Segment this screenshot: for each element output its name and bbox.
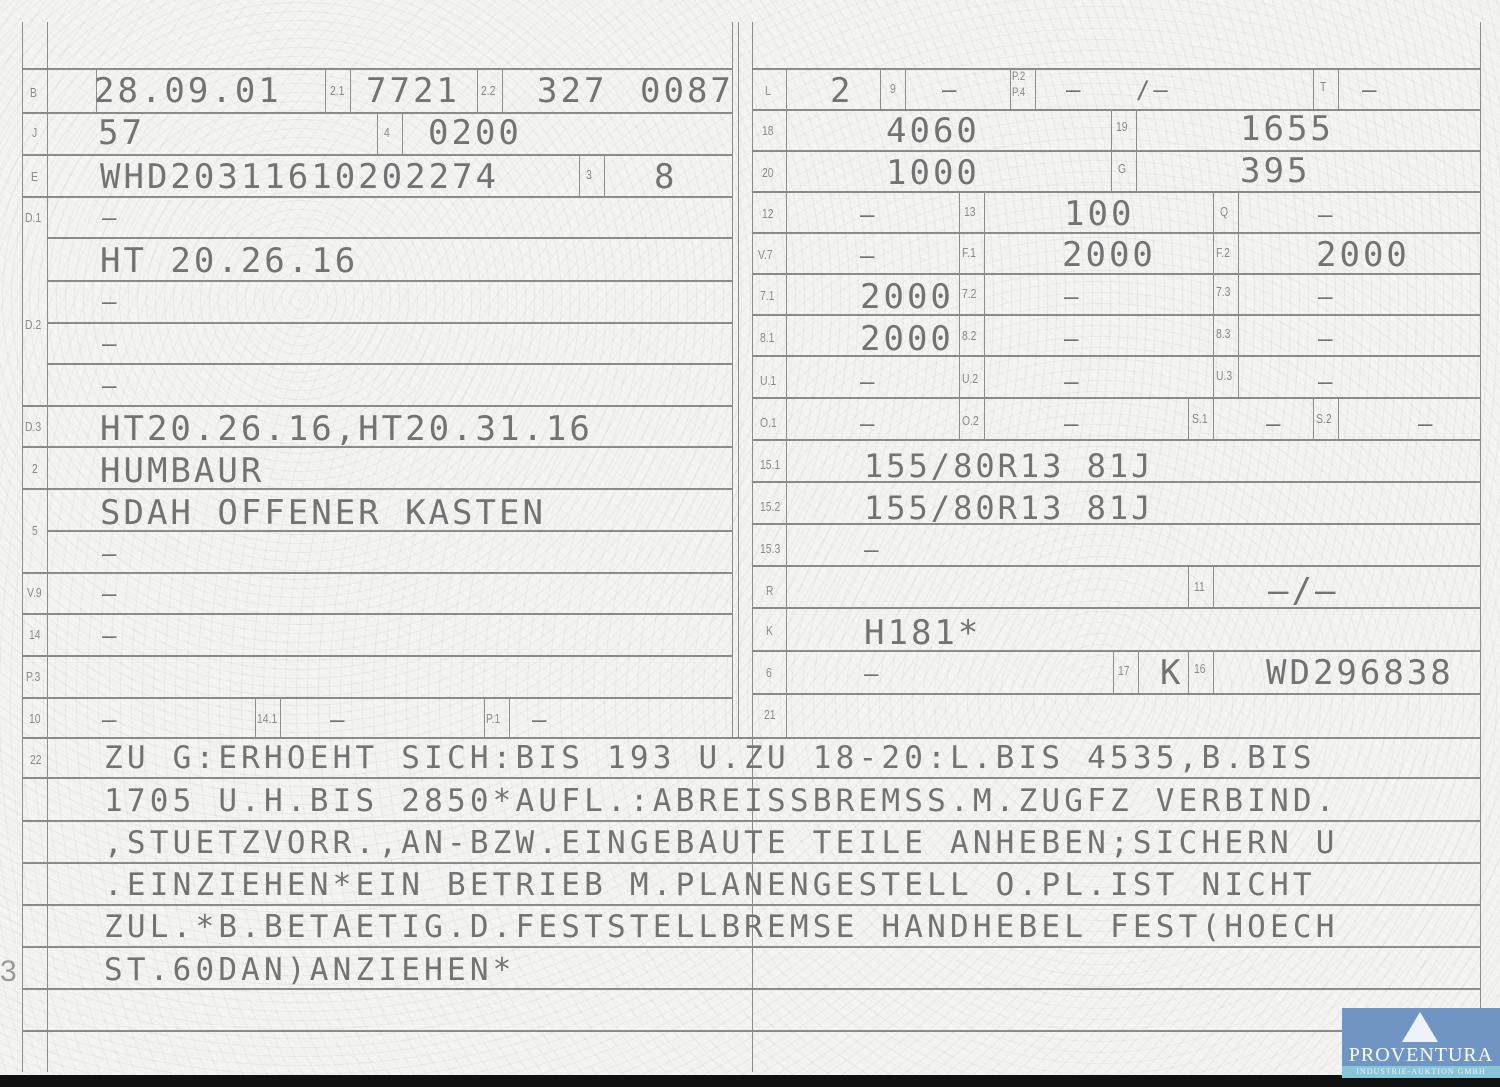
field-2-1-manufacturer-code: 7721: [366, 74, 460, 108]
field-V9-emission-class: –: [102, 582, 119, 606]
field-label-7-3: 7.3: [1216, 285, 1230, 298]
field-F1-max-mass: 2000: [1062, 238, 1156, 272]
field-7-2-axle-load: –: [1064, 285, 1081, 309]
field-U2-noise-rpm: –: [1064, 370, 1081, 394]
field-12-tank-volume: –: [860, 203, 877, 227]
field-label-U3: U.3: [1216, 369, 1232, 382]
field-15-3-tires-axle-3: –: [864, 538, 881, 562]
field-label-10: 10: [29, 712, 41, 725]
field-7-1-axle-load: 2000: [860, 280, 954, 314]
field-label-G: G: [1118, 162, 1126, 175]
field-label-P3: P.3: [26, 670, 40, 683]
field-label-15-2: 15.2: [760, 500, 780, 513]
field-label-2-1: 2.1: [330, 84, 344, 97]
field-D2-type-line-4: –: [102, 374, 119, 398]
field-T-max-speed: –: [1362, 78, 1379, 102]
field-label-22: 22: [30, 753, 42, 766]
field-label-17: 17: [1118, 664, 1130, 677]
field-E-vin: WHD20311610202274: [100, 160, 499, 194]
field-S1-seats: –: [1266, 412, 1283, 436]
field-label-F1: F.1: [962, 246, 976, 259]
field-S2-standing: –: [1418, 412, 1435, 436]
margin-page-mark: 3: [0, 955, 17, 989]
field-label-T: T: [1320, 80, 1326, 93]
center-divider-left: [732, 22, 733, 737]
field-label-19: 19: [1116, 120, 1128, 133]
field-label-S1: S.1: [1192, 412, 1208, 425]
field-17-approval-type: K: [1160, 656, 1183, 690]
field-label-18: 18: [762, 124, 774, 137]
field-V7-co2: –: [860, 244, 877, 268]
center-divider-mid: [738, 22, 739, 737]
field-P1-displacement: –: [532, 708, 549, 732]
field-label-8-2: 8.2: [962, 329, 976, 342]
label-column-border: [47, 22, 48, 1072]
field-label-P1: P.1: [486, 712, 500, 725]
field-3-check-digit: 8: [654, 160, 677, 194]
field-label-R: R: [766, 584, 774, 597]
field-label-D2: D.2: [25, 318, 41, 331]
field-label-P2: P.2: [1012, 70, 1025, 82]
field-label-15-3: 15.3: [760, 542, 780, 555]
field-label-O1: O.1: [760, 416, 777, 429]
field-label-7-2: 7.2: [962, 287, 976, 300]
field-2-2-variant-code: 0087: [640, 74, 734, 108]
brand-name: PROVENTURA: [1342, 1044, 1500, 1067]
field-B-first-registration-date: 28.09.01: [94, 74, 282, 108]
field-label-B: B: [30, 86, 37, 99]
field-6-approval-date: –: [864, 662, 881, 686]
field-10-emission-code: –: [102, 708, 119, 732]
field-label-12: 12: [762, 207, 774, 220]
field-2-manufacturer: HUMBAUR: [100, 454, 264, 488]
field-U3-drive-noise: –: [1318, 370, 1335, 394]
proventura-watermark-logo: PROVENTURA INDUSTRIE-AUKTION GMBH: [1342, 1008, 1500, 1078]
field-label-F2: F.2: [1216, 246, 1230, 259]
field-label-S2: S.2: [1316, 412, 1332, 425]
outer-border-left: [22, 22, 23, 1072]
field-label-14: 14: [29, 628, 41, 641]
field-label-3: 3: [586, 168, 592, 181]
field-D3-commercial-designation: HT20.26.16,HT20.31.16: [100, 412, 593, 446]
field-label-U1: U.1: [760, 374, 776, 387]
field-label-16: 16: [1194, 662, 1206, 675]
field-19-width: 1655: [1240, 112, 1334, 146]
field-18-length: 4060: [886, 114, 980, 148]
field-D2-type-line-1: HT 20.26.16: [100, 244, 358, 278]
field-label-D1: D.1: [25, 211, 41, 224]
field-label-7-1: 7.1: [760, 289, 774, 302]
remarks-line-6: ST.60DAN)ANZIEHEN*: [104, 955, 516, 986]
field-label-9: 9: [890, 82, 896, 95]
field-5-vehicle-class-body-line-2: –: [102, 542, 119, 566]
field-15-1-tires-axle-1: 155/80R13 81J: [864, 450, 1153, 482]
field-Q-power-weight: –: [1318, 203, 1335, 227]
field-16-certificate-number: WD296838: [1266, 656, 1454, 690]
field-label-O2: O.2: [962, 414, 979, 427]
field-label-20: 20: [762, 166, 774, 179]
outer-border-right: [1480, 22, 1481, 1072]
field-15-2-tires-axle-2: 155/80R13 81J: [864, 492, 1153, 524]
field-9-driven-axles: –: [942, 78, 959, 102]
field-5-vehicle-class-body-line-1: SDAH OFFENER KASTEN: [100, 496, 546, 530]
field-14-emission-regulation: –: [102, 624, 119, 648]
field-F2-max-mass-registered: 2000: [1316, 238, 1410, 272]
remarks-line-4: .EINZIEHEN*EIN BETRIEB M.PLANENGESTELL O…: [104, 870, 1316, 901]
remarks-line-2: 1705 U.H.BIS 2850*AUFL.:ABREISSBREMSS.M.…: [104, 786, 1339, 817]
field-2-2-type-code: 327: [537, 74, 607, 108]
field-label-15-1: 15.1: [760, 458, 780, 471]
pyramid-logo-icon: [1402, 1012, 1438, 1042]
remarks-line-3: ,STUETZVORR.,AN-BZW.EINGEBAUTE TEILE ANH…: [104, 828, 1339, 859]
field-8-3-axle-load: –: [1318, 327, 1335, 351]
field-8-2-axle-load: –: [1064, 327, 1081, 351]
vehicle-registration-document: B 28.09.01 2.1 7721 2.2 327 0087 J 57 4 …: [0, 0, 1500, 1075]
field-K-type-approval: H181*: [864, 616, 981, 650]
field-O1-towing-braked: –: [860, 412, 877, 436]
field-8-1-axle-load: 2000: [860, 322, 954, 356]
field-label-4: 4: [384, 126, 390, 139]
field-13-support-load: 100: [1064, 197, 1134, 231]
field-label-14-1: 14.1: [257, 712, 277, 725]
field-label-11: 11: [1194, 580, 1205, 593]
field-label-8-3: 8.3: [1216, 327, 1230, 340]
field-label-Q: Q: [1220, 205, 1228, 218]
field-label-K: K: [766, 624, 773, 637]
field-U1-noise: –: [860, 370, 877, 394]
field-P2-P4-power-rpm: – /–: [1066, 78, 1171, 102]
field-label-13: 13: [964, 205, 976, 218]
right-label-column-border: [786, 68, 787, 738]
field-7-3-axle-load: –: [1318, 285, 1335, 309]
field-G-empty-mass: 395: [1240, 154, 1310, 188]
field-label-D3: D.3: [25, 420, 41, 433]
field-label-L: L: [765, 84, 771, 97]
remarks-line-5: ZUL.*B.BETAETIG.D.FESTSTELLBREMSE HANDHE…: [104, 912, 1339, 943]
field-L-axles: 2: [830, 74, 853, 108]
field-label-6: 6: [766, 666, 772, 679]
field-D2-type-line-2: –: [102, 290, 119, 314]
field-D2-type-line-3: –: [102, 332, 119, 356]
field-label-2: 2: [32, 462, 38, 475]
field-label-P4: P.4: [1012, 86, 1025, 98]
field-label-U2: U.2: [962, 372, 978, 385]
field-label-V9: V.9: [27, 586, 42, 599]
field-14-1-emission-code: –: [330, 708, 347, 732]
field-4-body-type: 0200: [428, 116, 522, 150]
field-label-8-1: 8.1: [760, 331, 774, 344]
field-label-2-2: 2.2: [481, 84, 495, 97]
field-20-height: 1000: [886, 156, 980, 190]
field-O2-towing-unbraked: –: [1064, 412, 1081, 436]
field-label-5: 5: [32, 524, 38, 537]
field-label-V7: V.7: [758, 248, 773, 261]
field-label-J: J: [32, 126, 37, 139]
field-J-vehicle-class: 57: [98, 116, 145, 150]
field-label-E: E: [31, 170, 38, 183]
remarks-line-1: ZU G:ERHOEHT SICH:BIS 193 U.ZU 18-20:L.B…: [104, 743, 1316, 774]
field-11-color-code: –/–: [1268, 574, 1338, 608]
field-label-21: 21: [764, 708, 776, 721]
brand-tagline: INDUSTRIE-AUKTION GMBH: [1342, 1066, 1500, 1078]
field-D1-make: –: [102, 206, 119, 230]
scan-edge-bar: [0, 1075, 1500, 1087]
